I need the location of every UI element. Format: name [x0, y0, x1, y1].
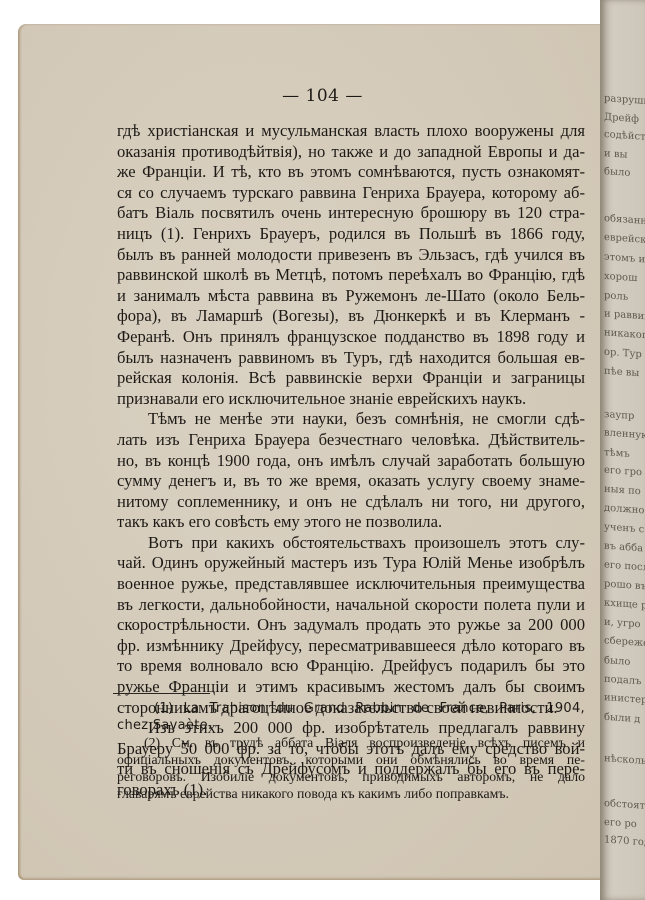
footnote-line: chez Savaète.	[117, 717, 585, 734]
footnote-line: (1) La Trahison du Grand Rabbin de Franc…	[117, 700, 585, 717]
body-text: гдѣ христіанская и мусульманская власть …	[117, 121, 585, 801]
text-line: рейская колонія. Всѣ раввинскіе верхи Фр…	[117, 368, 585, 389]
adjacent-page-text-fragment: вленную	[604, 427, 645, 441]
text-line: оказанія противодѣйтвія), но также и до …	[117, 142, 585, 163]
footnotes: (1) La Trahison du Grand Rabbin de Franc…	[117, 700, 585, 802]
adjacent-page-text-fragment: сбережен	[604, 635, 645, 650]
adjacent-page-text-fragment: обязанные	[604, 213, 645, 228]
adjacent-page-text-fragment: еврейскаго	[604, 232, 645, 247]
adjacent-page-text-fragment: тѣмъ	[604, 447, 630, 460]
text-line: ницъ (1). Генрихъ Брауеръ, родился въ По…	[117, 224, 585, 245]
text-line: то время волновало всю Францію. Дрейфусъ…	[117, 656, 585, 677]
adjacent-page-text-fragment: пѣе вы	[604, 366, 639, 379]
adjacent-page-text-fragment: ныя по	[604, 484, 641, 498]
text-line: ся со случаемъ турскаго раввина Генриха …	[117, 183, 585, 204]
adjacent-page-text-fragment: въ абба	[604, 541, 643, 555]
text-line: но, въ концѣ 1900 года, онъ имѣлъ случай…	[117, 451, 585, 472]
adjacent-page-text-fragment: и вы	[604, 148, 627, 161]
adjacent-page-text-fragment: этомъ и	[604, 252, 645, 266]
adjacent-page-text-fragment: его гро	[604, 465, 642, 479]
text-line: скорострѣльности. Онъ задумалъ продать э…	[117, 615, 585, 636]
text-line: Феранѣ. Онъ принялъ французское подданст…	[117, 327, 585, 348]
text-line: же Франціи. И тѣ, кто въ этомъ сомнѣвают…	[117, 162, 585, 183]
text-line: чай. Одинъ оружейный мастеръ изъ Тура Юл…	[117, 553, 585, 574]
adjacent-page-text-fragment: обстоятель	[604, 798, 645, 813]
text-line: военное ружье, представлявшее исключител…	[117, 574, 585, 595]
adjacent-page-text-fragment: было	[604, 166, 630, 179]
adjacent-page-text-fragment: заупр	[604, 409, 634, 422]
adjacent-page-text-fragment: роль	[604, 290, 628, 303]
adjacent-page-edge: разрушитьДрейфсодѣйствіяи выбылообязанны…	[600, 0, 645, 900]
adjacent-page-text-fragment: содѣйствія	[604, 129, 645, 144]
adjacent-page-text-fragment: подалъ	[604, 674, 642, 688]
adjacent-page-text-fragment: инистерст	[604, 692, 645, 707]
text-line: сумму денегъ и, въ то же время, оказать …	[117, 471, 585, 492]
text-line: фр. измѣннику Дрейфусу, пересматривавшее…	[117, 636, 585, 657]
text-line: и занималъ мѣста раввина въ Ружемонъ ле-…	[117, 286, 585, 307]
adjacent-page-text-fragment: должно	[604, 503, 644, 517]
text-line: такъ какъ его совѣсть ему этого не позво…	[117, 512, 585, 533]
adjacent-page-text-fragment: его ро	[604, 817, 637, 830]
text-line: былъ назначенъ раввиномъ въ Туръ, гдѣ на…	[117, 348, 585, 369]
text-line: нитому соплеменнику, и онъ не сдѣлалъ ни…	[117, 492, 585, 513]
footnote-line: офиціальныхъ документовъ, которыми они о…	[117, 751, 585, 768]
adjacent-page-text-fragment: его посл	[604, 559, 645, 573]
text-line: гдѣ христіанская и мусульманская власть …	[117, 121, 585, 142]
adjacent-page-text-fragment: ор. Тур	[604, 347, 642, 361]
text-line: былъ въ ранней молодости привезенъ въ Эл…	[117, 245, 585, 266]
adjacent-page-text-fragment: и, угро	[604, 617, 641, 631]
footnote-rule	[113, 693, 210, 694]
text-line: фора), въ Ламаршѣ (Вогезы), въ Дюнкеркѣ …	[117, 306, 585, 327]
adjacent-page-text-fragment: хорош	[604, 271, 637, 284]
text-line: Вотъ при какихъ обстоятельствахъ произош…	[117, 533, 585, 554]
text-line: лать изъ Генриха Брауера безчестнаго чел…	[117, 430, 585, 451]
text-line: Тѣмъ не менѣе эти науки, безъ сомнѣнія, …	[117, 409, 585, 430]
text-line: раввинской школѣ въ Метцѣ, потомъ переѣх…	[117, 265, 585, 286]
adjacent-page-text-fragment: рошо въ	[604, 578, 645, 592]
footnote-line: реговоровъ. Изобиліе документовъ, привод…	[117, 768, 585, 785]
text-line: ружье Франціи и этимъ красивымъ жестомъ …	[117, 677, 585, 698]
page-number: — 104 —	[0, 86, 645, 106]
adjacent-page-text-fragment: было	[604, 655, 630, 668]
footnote-line: главарямъ еврейства никакого повода къ к…	[117, 785, 585, 802]
adjacent-page-text-fragment: были д	[604, 712, 640, 726]
adjacent-page-text-fragment: и раввин	[604, 308, 645, 322]
adjacent-page-text-fragment: кхище р	[604, 597, 645, 611]
adjacent-page-text-fragment: ученъ с	[604, 522, 644, 536]
text-line: батъ Віаль посвятилъ очень интересную бр…	[117, 203, 585, 224]
adjacent-page-text-fragment: никакого	[604, 327, 645, 341]
adjacent-page-text-fragment: Дрейф	[604, 112, 639, 125]
adjacent-page-text-fragment: 1870 год	[604, 834, 645, 848]
text-line: признавали его исключительное знаніе евр…	[117, 389, 585, 410]
footnote-line: (2) См. въ трудѣ аббата Віаля воспроизве…	[117, 734, 585, 751]
text-line: въ легкости, дальнобойности, начальной с…	[117, 595, 585, 616]
adjacent-page-text-fragment: нѣсколько	[604, 753, 645, 768]
